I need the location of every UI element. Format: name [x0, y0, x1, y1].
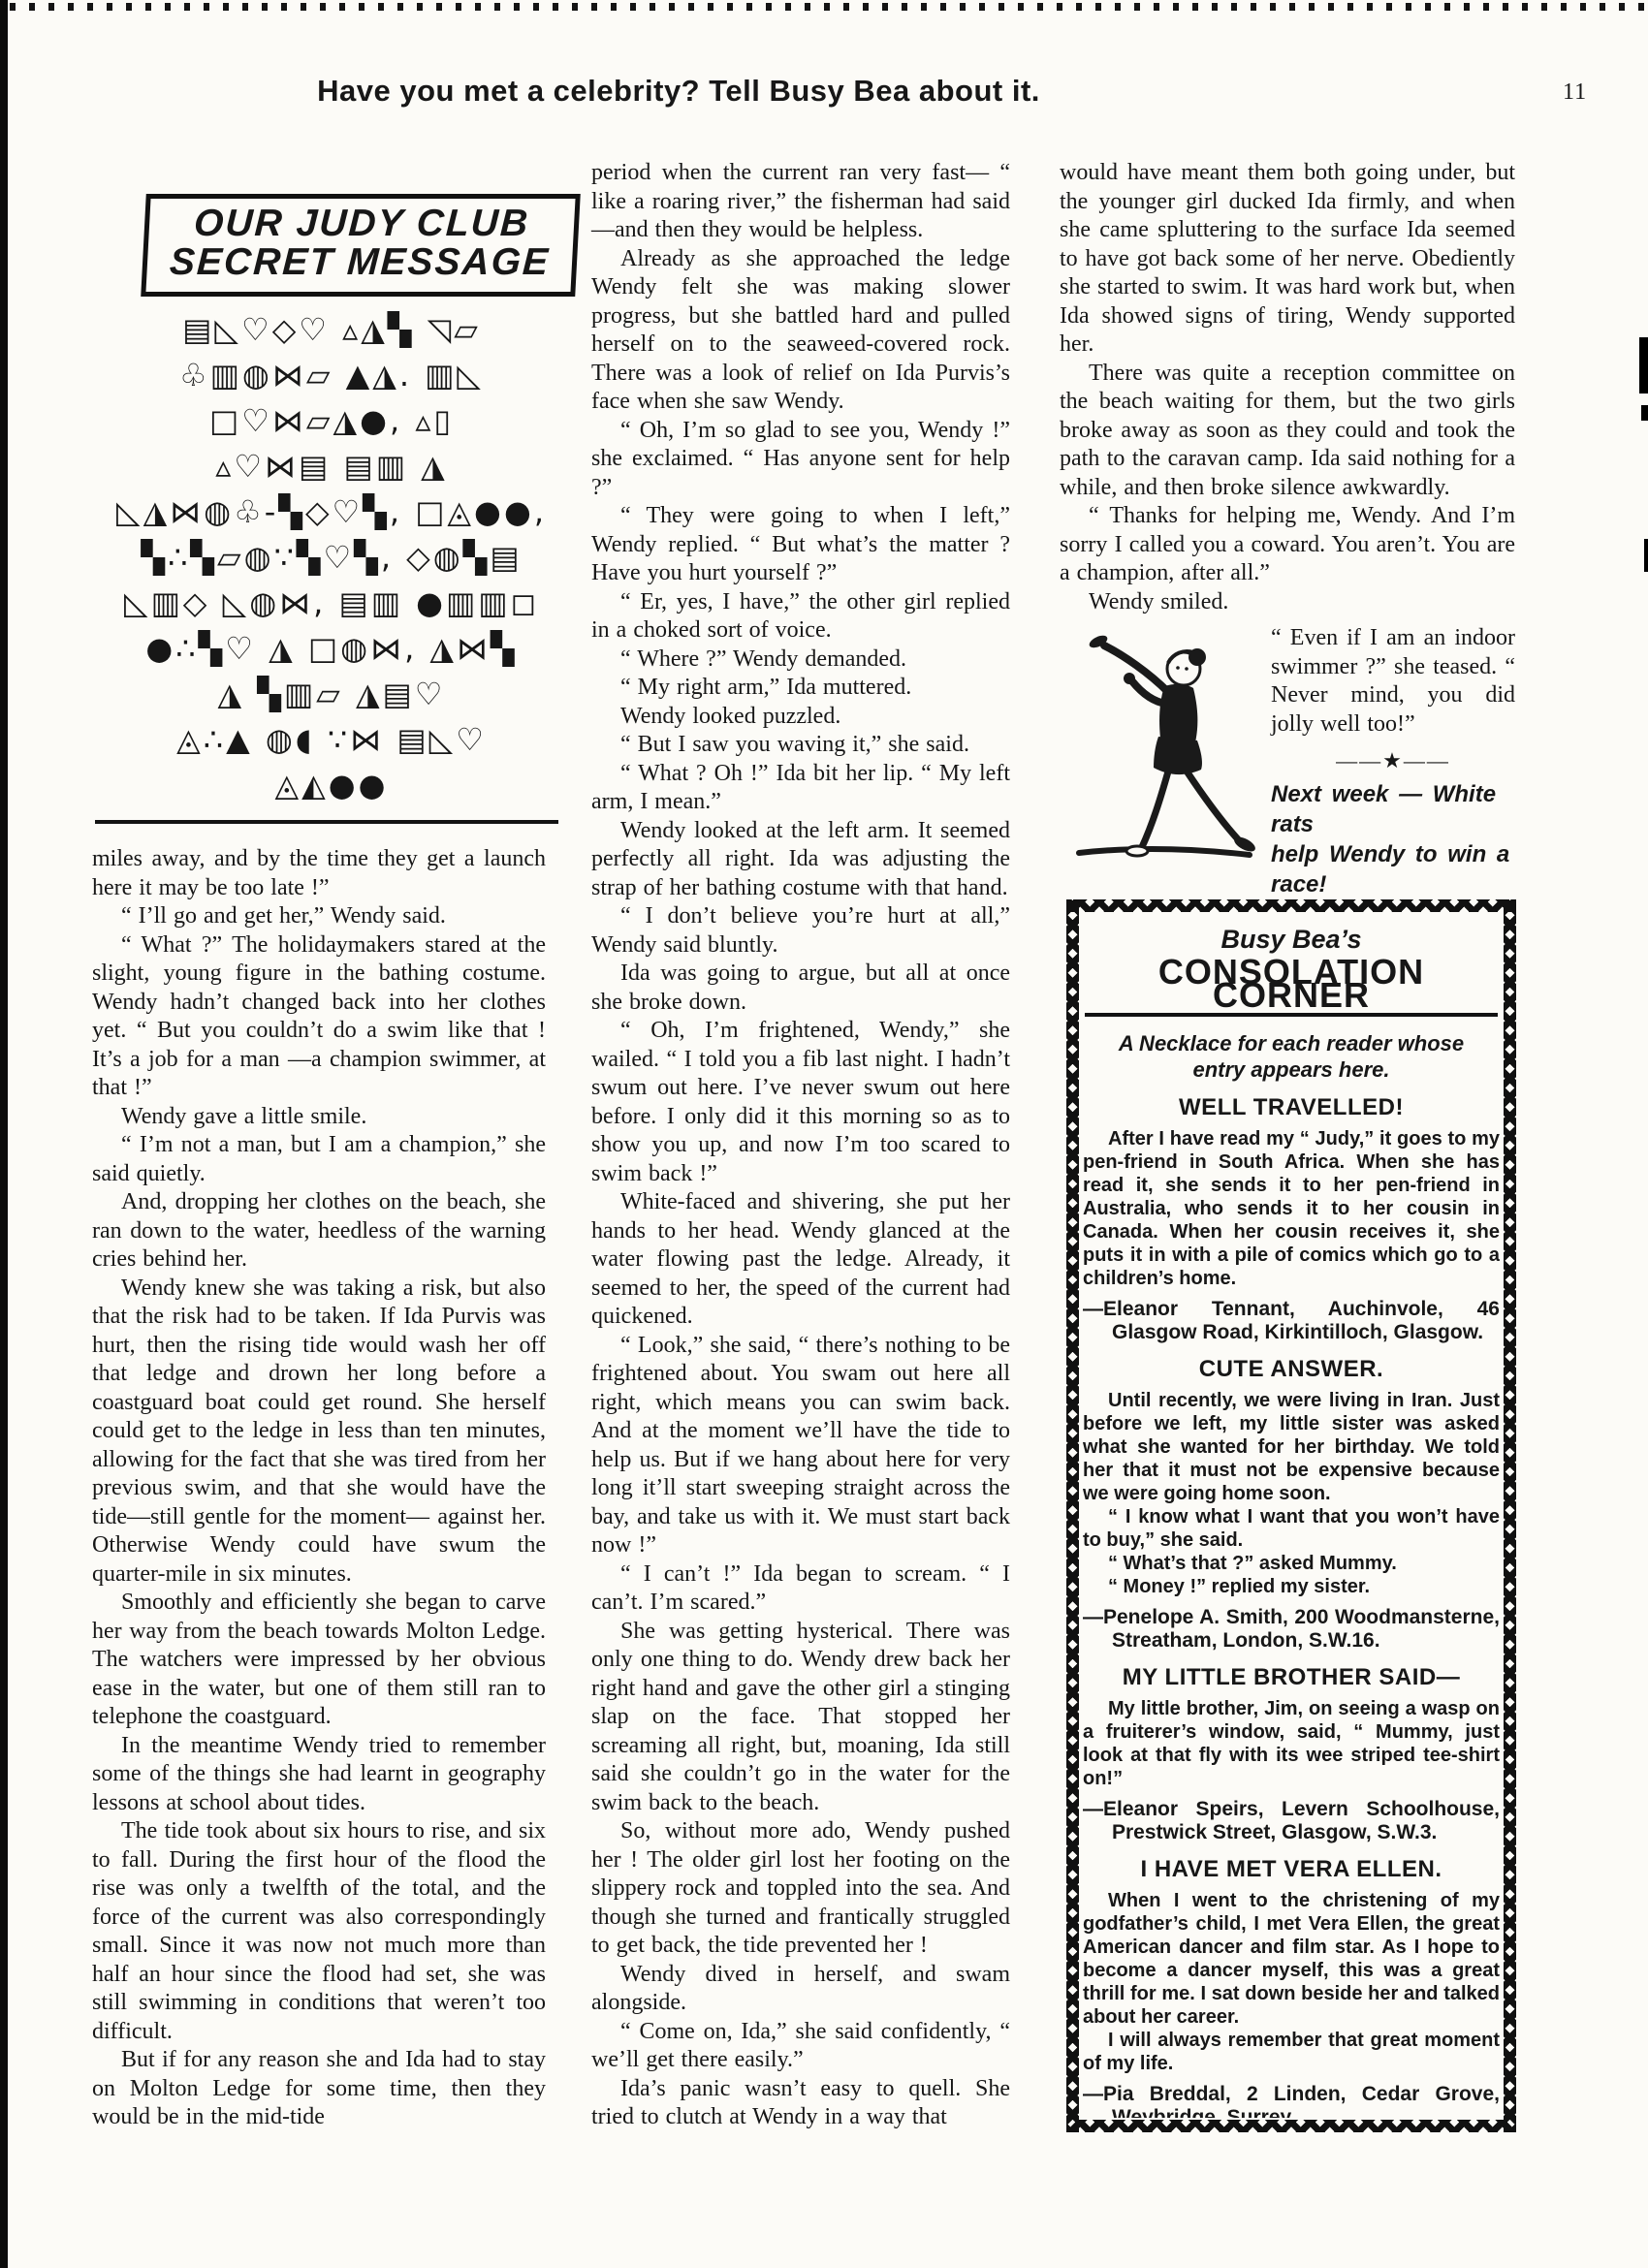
section-heading: CUTE ANSWER. — [1083, 1358, 1500, 1381]
secret-message-title-line2: SECRET MESSAGE — [150, 243, 569, 282]
story-paragraph: “ What ?” The holidaymakers stared at th… — [92, 931, 546, 1103]
illustration-row: “ Even if I am an in­door swimmer ?” she… — [1060, 622, 1515, 899]
top-dotted-border — [10, 3, 1648, 11]
story-paragraph: Ida was going to argue, but all at once … — [591, 960, 1010, 1017]
story-paragraph: “ But I saw you waving it,” she said. — [591, 731, 1010, 760]
star-divider: ——★—— — [1271, 746, 1515, 775]
story-paragraph: miles away, and by the time they get a l… — [92, 845, 546, 902]
consolation-subtitle-line2: entry appears here. — [1096, 1056, 1486, 1083]
story-paragraph: But if for any reason she and Ida had to… — [92, 2046, 546, 2132]
consolation-corner-content: Busy Bea’s CONSOLATION CORNER A Necklace… — [1083, 914, 1500, 2118]
cipher-row: ♧▥◍⋈▱ ▲◮. ▥◺ — [85, 354, 578, 399]
story-paragraph: “ I’ll go and get her,” Wendy said. — [92, 902, 546, 931]
section-paragraph: “ I know what I want that you won’t have… — [1083, 1505, 1500, 1552]
story-column-2: period when the current ran very fast— “… — [591, 159, 1010, 2132]
story-paragraph: The tide took about six hours to rise, a… — [92, 1817, 546, 2046]
cipher-row: ◺▥◇ ◺◍⋈, ▤▥ ●▥▥◻ — [85, 582, 578, 627]
cipher-row: ▚∴▚▱◍∵▚♡▚, ◇◍▚▤ — [85, 536, 578, 582]
section-heading: I HAVE MET VERA ELLEN. — [1083, 1858, 1500, 1881]
story-column-3: would have meant them both going under, … — [1060, 159, 1515, 899]
section-signature: —Penelope A. Smith, 200 Woodmansterne, S… — [1083, 1606, 1500, 1653]
scan-mark — [1639, 337, 1648, 394]
cipher-row: ●∴▚♡ ◮ □◍⋈, ◮⋈▚ — [85, 627, 578, 673]
swimmer-illustration — [1060, 622, 1265, 899]
story-paragraph: period when the current ran very fast— “… — [591, 159, 1010, 245]
consolation-corner-box: Busy Bea’s CONSOLATION CORNER A Necklace… — [1066, 899, 1516, 2132]
story-paragraph: “ Where ?” Wendy demanded. — [591, 646, 1010, 675]
story-paragraph: And, dropping her clothes on the beach, … — [92, 1188, 546, 1275]
story-paragraph: would have meant them both going under, … — [1060, 159, 1515, 360]
story-paragraph: Wendy dived in herself, and swam alongsi… — [591, 1961, 1010, 2018]
story-paragraph: “ Oh, I’m so glad to see you, Wendy !” s… — [591, 417, 1010, 503]
story-paragraph: “ Oh, I’m frightened, Wendy,” she wailed… — [591, 1017, 1010, 1188]
swimmer-drawing — [1060, 622, 1265, 865]
story-paragraph: So, without more ado, Wendy pushed her !… — [591, 1817, 1010, 1961]
story-paragraph: “ I’m not a man, but I am a champion,” s… — [92, 1131, 546, 1188]
story-paragraph: “ Thanks for helping me, Wendy. And I’m … — [1060, 502, 1515, 588]
consolation-subtitle: A Necklace for each reader whose entry a… — [1096, 1030, 1486, 1083]
story-paragraph: “ Er, yes, I have,” the other girl repli… — [591, 588, 1010, 646]
story-paragraph: Smoothly and efficiently she began to ca… — [92, 1589, 546, 1732]
story-paragraph: “ What ? Oh !” Ida bit her lip. “ My lef… — [591, 760, 1010, 817]
story-paragraph: “ My right arm,” Ida muttered. — [591, 674, 1010, 703]
story-paragraph: “ Come on, Ida,” she said confidently, “… — [591, 2018, 1010, 2075]
story-paragraph: Wendy looked at the left arm. It seemed … — [591, 817, 1010, 903]
next-week-teaser-line2: help Wendy to win a race! — [1271, 839, 1515, 899]
cipher-message: ▤◺♡◇♡ ▵◮▚ ◹▱ ♧▥◍⋈▱ ▲◮. ▥◺ □♡⋈▱◮●, ▵▯ ▵♡⋈… — [85, 308, 578, 809]
section-signature: —Pia Breddal, 2 Linden, Cedar Grove, Wey… — [1083, 2083, 1500, 2118]
story-paragraph: “ Look,” she said, “ there’s nothing to … — [591, 1332, 1010, 1560]
zigzag-border-right — [1504, 899, 1516, 2132]
page-header: Have you met a celebrity? Tell Busy Bea … — [233, 74, 1125, 109]
cipher-row: ◺◮⋈◍♧-▚◇♡▚, □◬●●, — [85, 490, 578, 536]
story-paragraph: In the meantime Wendy tried to remember … — [92, 1732, 546, 1818]
next-week-teaser-line1: Next week — White rats — [1271, 779, 1515, 839]
page-number: 11 — [1563, 79, 1587, 106]
story-paragraph: Wendy gave a little smile. — [92, 1103, 546, 1132]
story-paragraph: White-faced and shivering, she put her h… — [591, 1188, 1010, 1332]
section-paragraph: Until recently, we were living in Iran. … — [1083, 1389, 1500, 1505]
cipher-row: □♡⋈▱◮●, ▵▯ — [85, 399, 578, 445]
magazine-page: Have you met a celebrity? Tell Busy Bea … — [0, 0, 1648, 2268]
illustration-caption-area: “ Even if I am an in­door swimmer ?” she… — [1265, 622, 1515, 899]
secret-message-box: OUR JUDY CLUB SECRET MESSAGE — [141, 194, 581, 297]
zigzag-border-left — [1066, 899, 1079, 2132]
section-heading: MY LITTLE BROTHER SAID— — [1083, 1666, 1500, 1689]
story-paragraph: “ I don’t believe you’re hurt at all,” W… — [591, 902, 1010, 960]
section-paragraph: When I went to the christening of my god… — [1083, 1889, 1500, 2029]
consolation-kicker: Busy Bea’s — [1083, 928, 1500, 951]
cipher-row: ◬∴▲ ◍◖ ∵⋈ ▤◺♡ — [85, 718, 578, 764]
zigzag-border-top — [1066, 899, 1516, 912]
cipher-row: ▤◺♡◇♡ ▵◮▚ ◹▱ — [85, 308, 578, 354]
section-paragraph: “ Money !” replied my sister. — [1083, 1575, 1500, 1598]
scan-edge-strip — [0, 0, 8, 2268]
section-signature: —Eleanor Tennant, Auchinvole, 46 Glasgow… — [1083, 1298, 1500, 1344]
story-paragraph: Ida’s panic wasn’t easy to quell. She tr… — [591, 2075, 1010, 2132]
story-paragraph: Already as she approached the ledge Wend… — [591, 245, 1010, 417]
consolation-subtitle-line1: A Necklace for each reader whose — [1096, 1030, 1486, 1056]
section-paragraph: My little brother, Jim, on seeing a wasp… — [1083, 1697, 1500, 1790]
column-divider-rule — [95, 820, 558, 824]
section-paragraph: “ What’s that ?” asked Mummy. — [1083, 1552, 1500, 1575]
story-paragraph: She was getting hysterical. There was on… — [591, 1618, 1010, 1818]
section-paragraph: After I have read my “ Judy,” it goes to… — [1083, 1127, 1500, 1290]
secret-message-title-line1: OUR JUDY CLUB — [152, 205, 571, 243]
section-heading: WELL TRAVELLED! — [1083, 1096, 1500, 1119]
scan-mark — [1644, 539, 1648, 572]
cipher-row: ▵♡⋈▤ ▤▥ ◮ — [85, 445, 578, 490]
story-column-1: miles away, and by the time they get a l… — [92, 845, 546, 2132]
story-paragraph: “ I can’t !” Ida began to scream. “ I ca… — [591, 1560, 1010, 1618]
story-paragraph: There was quite a reception committee on… — [1060, 360, 1515, 503]
story-paragraph: “ Even if I am an in­door swimmer ?” she… — [1271, 624, 1515, 739]
consolation-title: CONSOLATION CORNER — [1083, 961, 1500, 1007]
cipher-row: ◮ ▚▥▱ ◮▤♡ — [85, 673, 578, 718]
story-paragraph: Wendy knew she was taking a risk, but al… — [92, 1275, 546, 1590]
cipher-row: ◬◭●● — [85, 764, 578, 809]
scan-mark — [1641, 405, 1648, 421]
story-paragraph: Wendy smiled. — [1060, 588, 1515, 617]
story-paragraph: Wendy looked puzzled. — [591, 703, 1010, 732]
section-signature: —Eleanor Speirs, Levern Schoolhouse, Pre… — [1083, 1798, 1500, 1844]
story-paragraph: “ They were going to when I left,” Wendy… — [591, 502, 1010, 588]
zigzag-border-bottom — [1066, 2120, 1516, 2132]
section-paragraph: I will always remember that great moment… — [1083, 2029, 1500, 2075]
